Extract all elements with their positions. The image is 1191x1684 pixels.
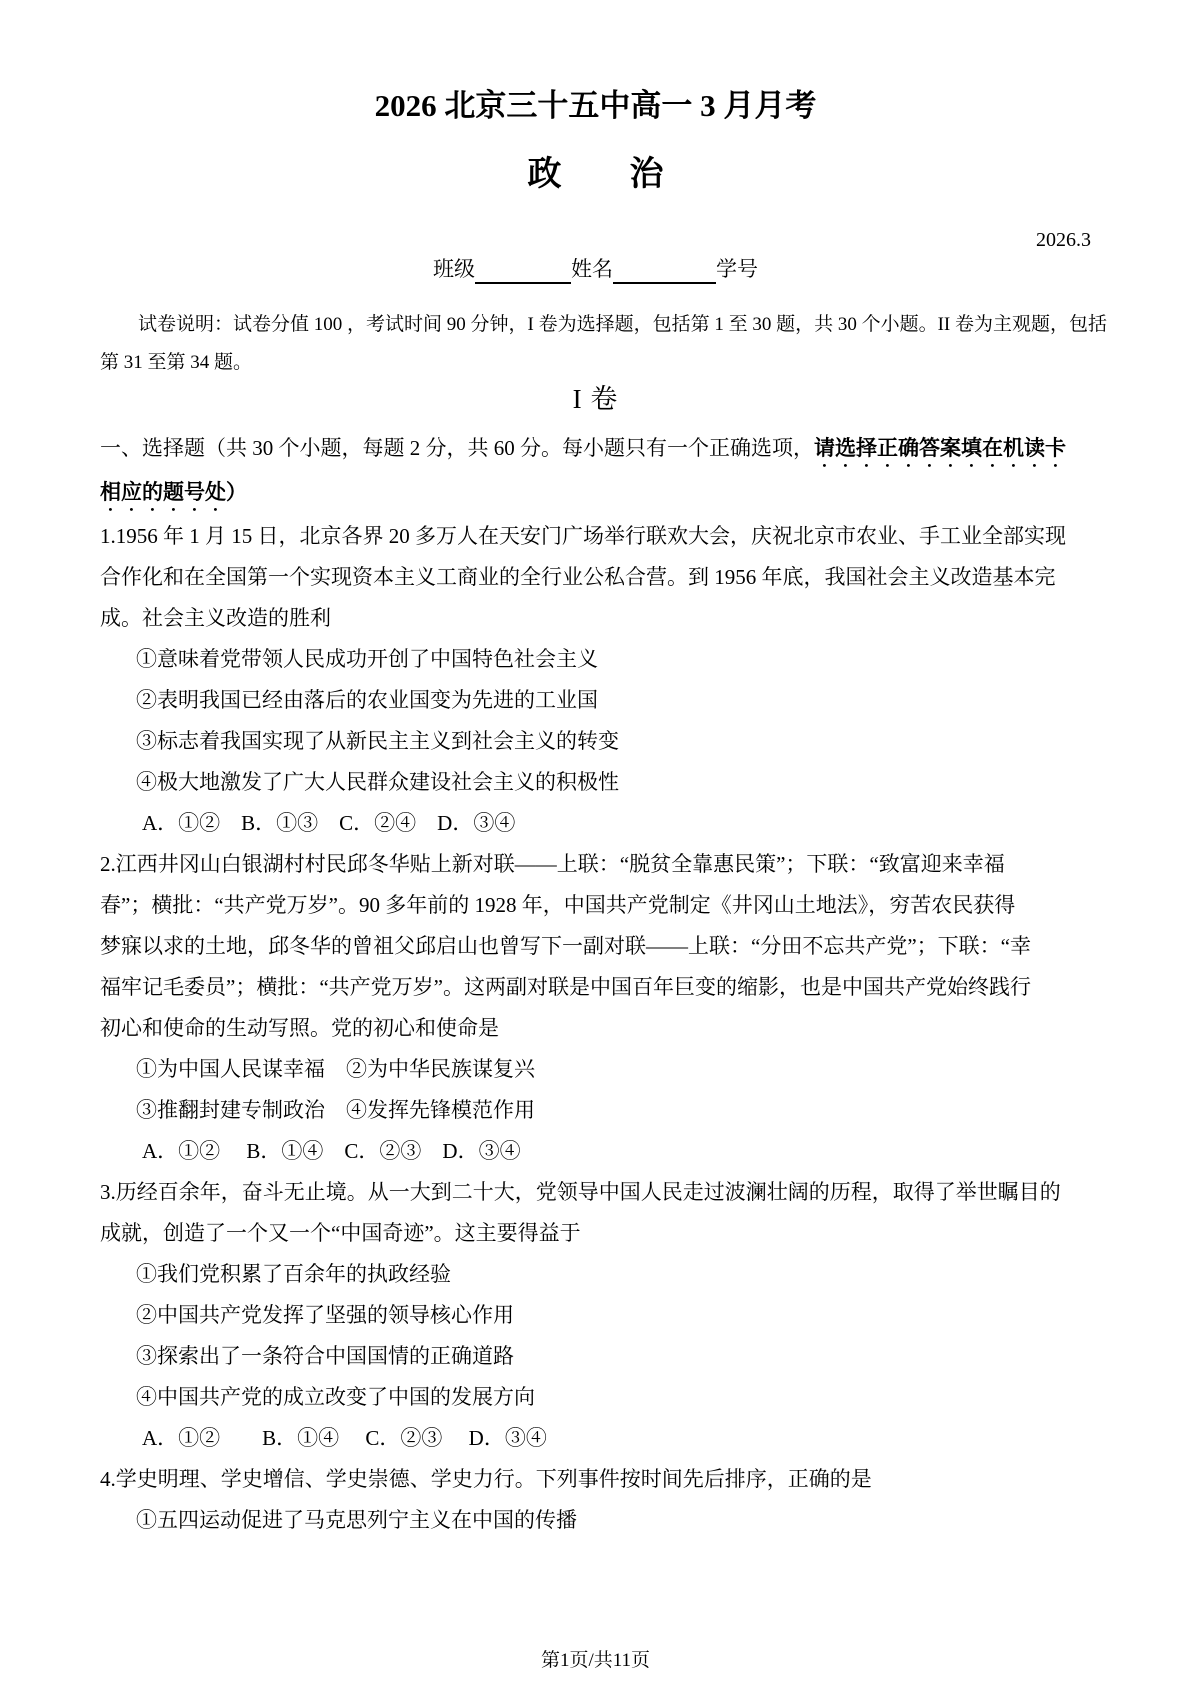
class-label: 班级 bbox=[433, 257, 475, 281]
question-4-stem-line: 4.学史明理、学史增信、学史崇德、学史力行。下列事件按时间先后排序，正确的是 bbox=[100, 1459, 1091, 1500]
question-1-option-line: ②表明我国已经由落后的农业国变为先进的工业国 bbox=[100, 680, 1091, 721]
student-id-label: 学号 bbox=[716, 257, 758, 281]
question-2-stem-line: 梦寐以求的土地，邱冬华的曾祖父邱启山也曾写下一副对联——上联：“分田不忘共产党”… bbox=[100, 926, 1091, 967]
question-1-option-line: ①意味着党带领人民成功开创了中国特色社会主义 bbox=[100, 639, 1091, 680]
question-3-stem-line: 3.历经百余年，奋斗无止境。从一大到二十大，党领导中国人民走过波澜壮阔的历程，取… bbox=[100, 1172, 1091, 1213]
question-2-stem-line: 福牢记毛委员”；横批：“共产党万岁”。这两副对联是中国百年巨变的缩影，也是中国共… bbox=[100, 967, 1091, 1008]
exam-notes-line-2: 第 31 至第 34 题。 bbox=[100, 344, 1091, 382]
section-intro-closing-paren: ） bbox=[226, 480, 247, 504]
question-2-stem-line: 2.江西井冈山白银湖村村民邱冬华贴上新对联——上联：“脱贫全靠惠民策”；下联：“… bbox=[100, 844, 1091, 885]
question-2-stem-line: 春”；横批：“共产党万岁”。90 多年前的 1928 年，中国共产党制定《井冈山… bbox=[100, 885, 1091, 926]
question-1-stem-line: 1.1956 年 1 月 15 日，北京各界 20 多万人在天安门广场举行联欢大… bbox=[100, 516, 1091, 557]
question-1-option-line: ④极大地激发了广大人民群众建设社会主义的积极性 bbox=[100, 762, 1091, 803]
section-intro-line-1: 一、选择题（共 30 个小题，每题 2 分，共 60 分。每小题只有一个正确选项… bbox=[100, 428, 1091, 472]
question-3-option-line: ③探索出了一条符合中国国情的正确道路 bbox=[100, 1336, 1091, 1377]
question-2-stem-line: 初心和使命的生动写照。党的初心和使命是 bbox=[100, 1008, 1091, 1049]
question-2-option-line: ①为中国人民谋幸福 ②为中华民族谋复兴 bbox=[100, 1049, 1091, 1090]
exam-paper-page: 2026 北京三十五中高一 3 月月考 政 治 2026.3 班级姓名学号 试卷… bbox=[0, 0, 1191, 1684]
question-list: 1.1956 年 1 月 15 日，北京各界 20 多万人在天安门广场举行联欢大… bbox=[100, 516, 1091, 1541]
subject-title: 政 治 bbox=[100, 150, 1091, 200]
exam-date: 2026.3 bbox=[100, 228, 1091, 252]
question-2-answer-line: A．①② B．①④ C．②③ D．③④ bbox=[100, 1131, 1091, 1172]
question-1-stem-line: 成。社会主义改造的胜利 bbox=[100, 598, 1091, 639]
exam-notes: 试卷说明：试卷分值 100 ，考试时间 90 分钟，I 卷为选择题，包括第 1 … bbox=[100, 306, 1091, 382]
section-intro-line-2: 相应的题号处） bbox=[100, 472, 1091, 516]
page-footer: 第1页/共11页 bbox=[0, 1648, 1191, 1674]
question-1-stem-line: 合作化和在全国第一个实现资本主义工商业的全行业公私合营。到 1956 年底，我国… bbox=[100, 557, 1091, 598]
question-3-option-line: ②中国共产党发挥了坚强的领导核心作用 bbox=[100, 1295, 1091, 1336]
section-1-heading: I 卷 bbox=[100, 382, 1091, 416]
question-2-option-line: ③推翻封建专制政治 ④发挥先锋模范作用 bbox=[100, 1090, 1091, 1131]
class-blank-underline bbox=[475, 261, 571, 284]
question-3-stem-line: 成就，创造了一个又一个“中国奇迹”。这主要得益于 bbox=[100, 1213, 1091, 1254]
question-4-option-line: ①五四运动促进了马克思列宁主义在中国的传播 bbox=[100, 1500, 1091, 1541]
question-1-answer-line: A．①② B．①③ C．②④ D．③④ bbox=[100, 803, 1091, 844]
section-intro-normal-text: 一、选择题（共 30 个小题，每题 2 分，共 60 分。每小题只有一个正确选项… bbox=[100, 436, 814, 460]
section-1-body: 一、选择题（共 30 个小题，每题 2 分，共 60 分。每小题只有一个正确选项… bbox=[100, 428, 1091, 1541]
question-3-answer-line: A．①② B．①④ C．②③ D．③④ bbox=[100, 1418, 1091, 1459]
section-intro-emphasized-text: 请选择正确答案填在机读卡 bbox=[814, 436, 1066, 460]
page-title: 2026 北京三十五中高一 3 月月考 bbox=[100, 84, 1091, 128]
question-1-option-line: ③标志着我国实现了从新民主主义到社会主义的转变 bbox=[100, 721, 1091, 762]
name-blank-underline bbox=[613, 261, 716, 284]
question-3-option-line: ④中国共产党的成立改变了中国的发展方向 bbox=[100, 1377, 1091, 1418]
exam-notes-line-1: 试卷说明：试卷分值 100 ，考试时间 90 分钟，I 卷为选择题，包括第 1 … bbox=[100, 306, 1091, 344]
name-label: 姓名 bbox=[571, 257, 613, 281]
section-intro-emphasized-text-2: 相应的题号处 bbox=[100, 480, 226, 504]
question-3-option-line: ①我们党积累了百余年的执政经验 bbox=[100, 1254, 1091, 1295]
student-info-line: 班级姓名学号 bbox=[100, 254, 1091, 284]
